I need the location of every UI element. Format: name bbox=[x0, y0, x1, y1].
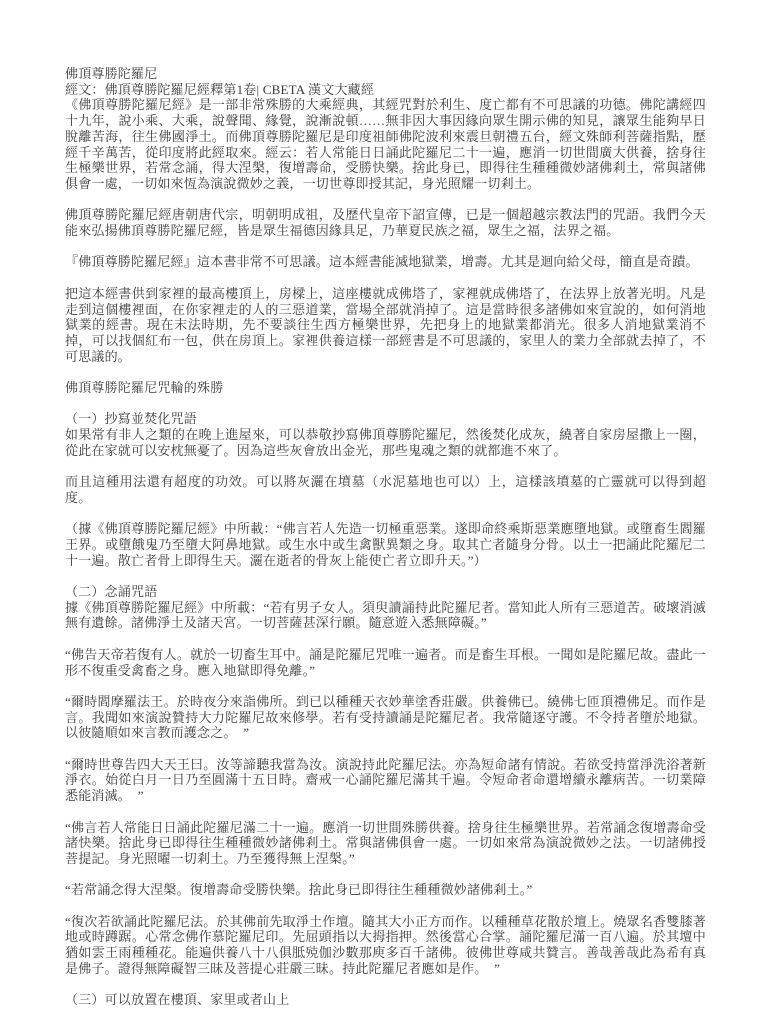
section1-sutra-quote: （據《佛頂尊勝陀羅尼經》中所載：“佛言若人先造一切極重惡業。遂即命終乘斯惡業應墮… bbox=[65, 521, 706, 568]
section2-paragraph-6: “若常誦念得大涅槃。復增壽命受勝快樂。捨此身已即得往生種種微妙諸佛剎土。” bbox=[65, 882, 706, 898]
heading-mantra-wheel: 佛頂尊勝陀羅尼咒輪的殊勝 bbox=[65, 380, 706, 396]
section2-paragraph-5: “佛言若人常能日日誦此陀羅尼滿二十一遍。應消一切世間殊勝供養。捨身往生極樂世界。… bbox=[65, 820, 706, 867]
section2-paragraph-7: “復次若欲誦此陀羅尼法。於其佛前先取淨土作壇。隨其大小正方而作。以種種草花散於壇… bbox=[65, 914, 706, 977]
section2-paragraph-4: “爾時世尊告四大天王曰。汝等諦聽我當為汝。演說持此陀羅尼法。亦為短命諸有情說。若… bbox=[65, 757, 706, 804]
section2-paragraph-3: “爾時閻摩羅法王。於時夜分來詣佛所。到已以種種天衣妙華塗香莊嚴。供養佛已。繞佛七… bbox=[65, 694, 706, 741]
heading-section-2: （二）念誦咒語 bbox=[65, 584, 706, 600]
section2-paragraph-1: 據《佛頂尊勝陀羅尼經》中所載：“若有男子女人。須臾讀誦持此陀羅尼者。當知此人所有… bbox=[65, 600, 706, 631]
section2-paragraph-2: “佛告天帝若復有人。就於一切畜生耳中。誦是陀羅尼咒唯一遍者。而是畜生耳根。一聞如… bbox=[65, 647, 706, 678]
doc-source-line: 經文：佛頂尊勝陀羅尼經釋第1卷| CBETA 漢文大藏經 bbox=[65, 82, 706, 98]
doc-title: 佛頂尊勝陀羅尼 bbox=[65, 66, 706, 82]
paragraph-book-praise: 『佛頂尊勝陀羅尼經』這本書非常不可思議。這本經書能滅地獄業，增壽。尤其是迴向給父… bbox=[65, 254, 706, 270]
document-page: 佛頂尊勝陀羅尼 經文：佛頂尊勝陀羅尼經釋第1卷| CBETA 漢文大藏經 《佛頂… bbox=[0, 0, 768, 1024]
heading-section-1: （一）抄寫並焚化咒語 bbox=[65, 411, 706, 427]
paragraph-imperial: 佛頂尊勝陀羅尼經唐朝唐代宗，明朝明成祖，及歷代皇帝下詔宣傳，已是一個超越宗教法門… bbox=[65, 207, 706, 238]
document-content: 佛頂尊勝陀羅尼 經文：佛頂尊勝陀羅尼經釋第1卷| CBETA 漢文大藏經 《佛頂… bbox=[65, 66, 706, 1008]
paragraph-rooftop: 把這本經書供到家裡的最高樓頂上，房樑上，這座樓就成佛塔了，家裡就成佛塔了，在法界… bbox=[65, 286, 706, 365]
section1-paragraph-1: 如果常有非人之類的在晚上進屋來，可以恭敬抄寫佛頂尊勝陀羅尼，然後焚化成灰，繞著自… bbox=[65, 427, 706, 458]
heading-section-3: （三）可以放置在樓頂、家里或者山上 bbox=[65, 992, 706, 1008]
paragraph-intro: 《佛頂尊勝陀羅尼經》是一部非常殊勝的大乘經典，其經咒對於利生、度亡都有不可思議的… bbox=[65, 97, 706, 191]
section1-paragraph-2: 而且這種用法還有超度的功效。可以將灰灑在墳墓（水泥墓地也可以）上，這樣該墳墓的亡… bbox=[65, 474, 706, 505]
